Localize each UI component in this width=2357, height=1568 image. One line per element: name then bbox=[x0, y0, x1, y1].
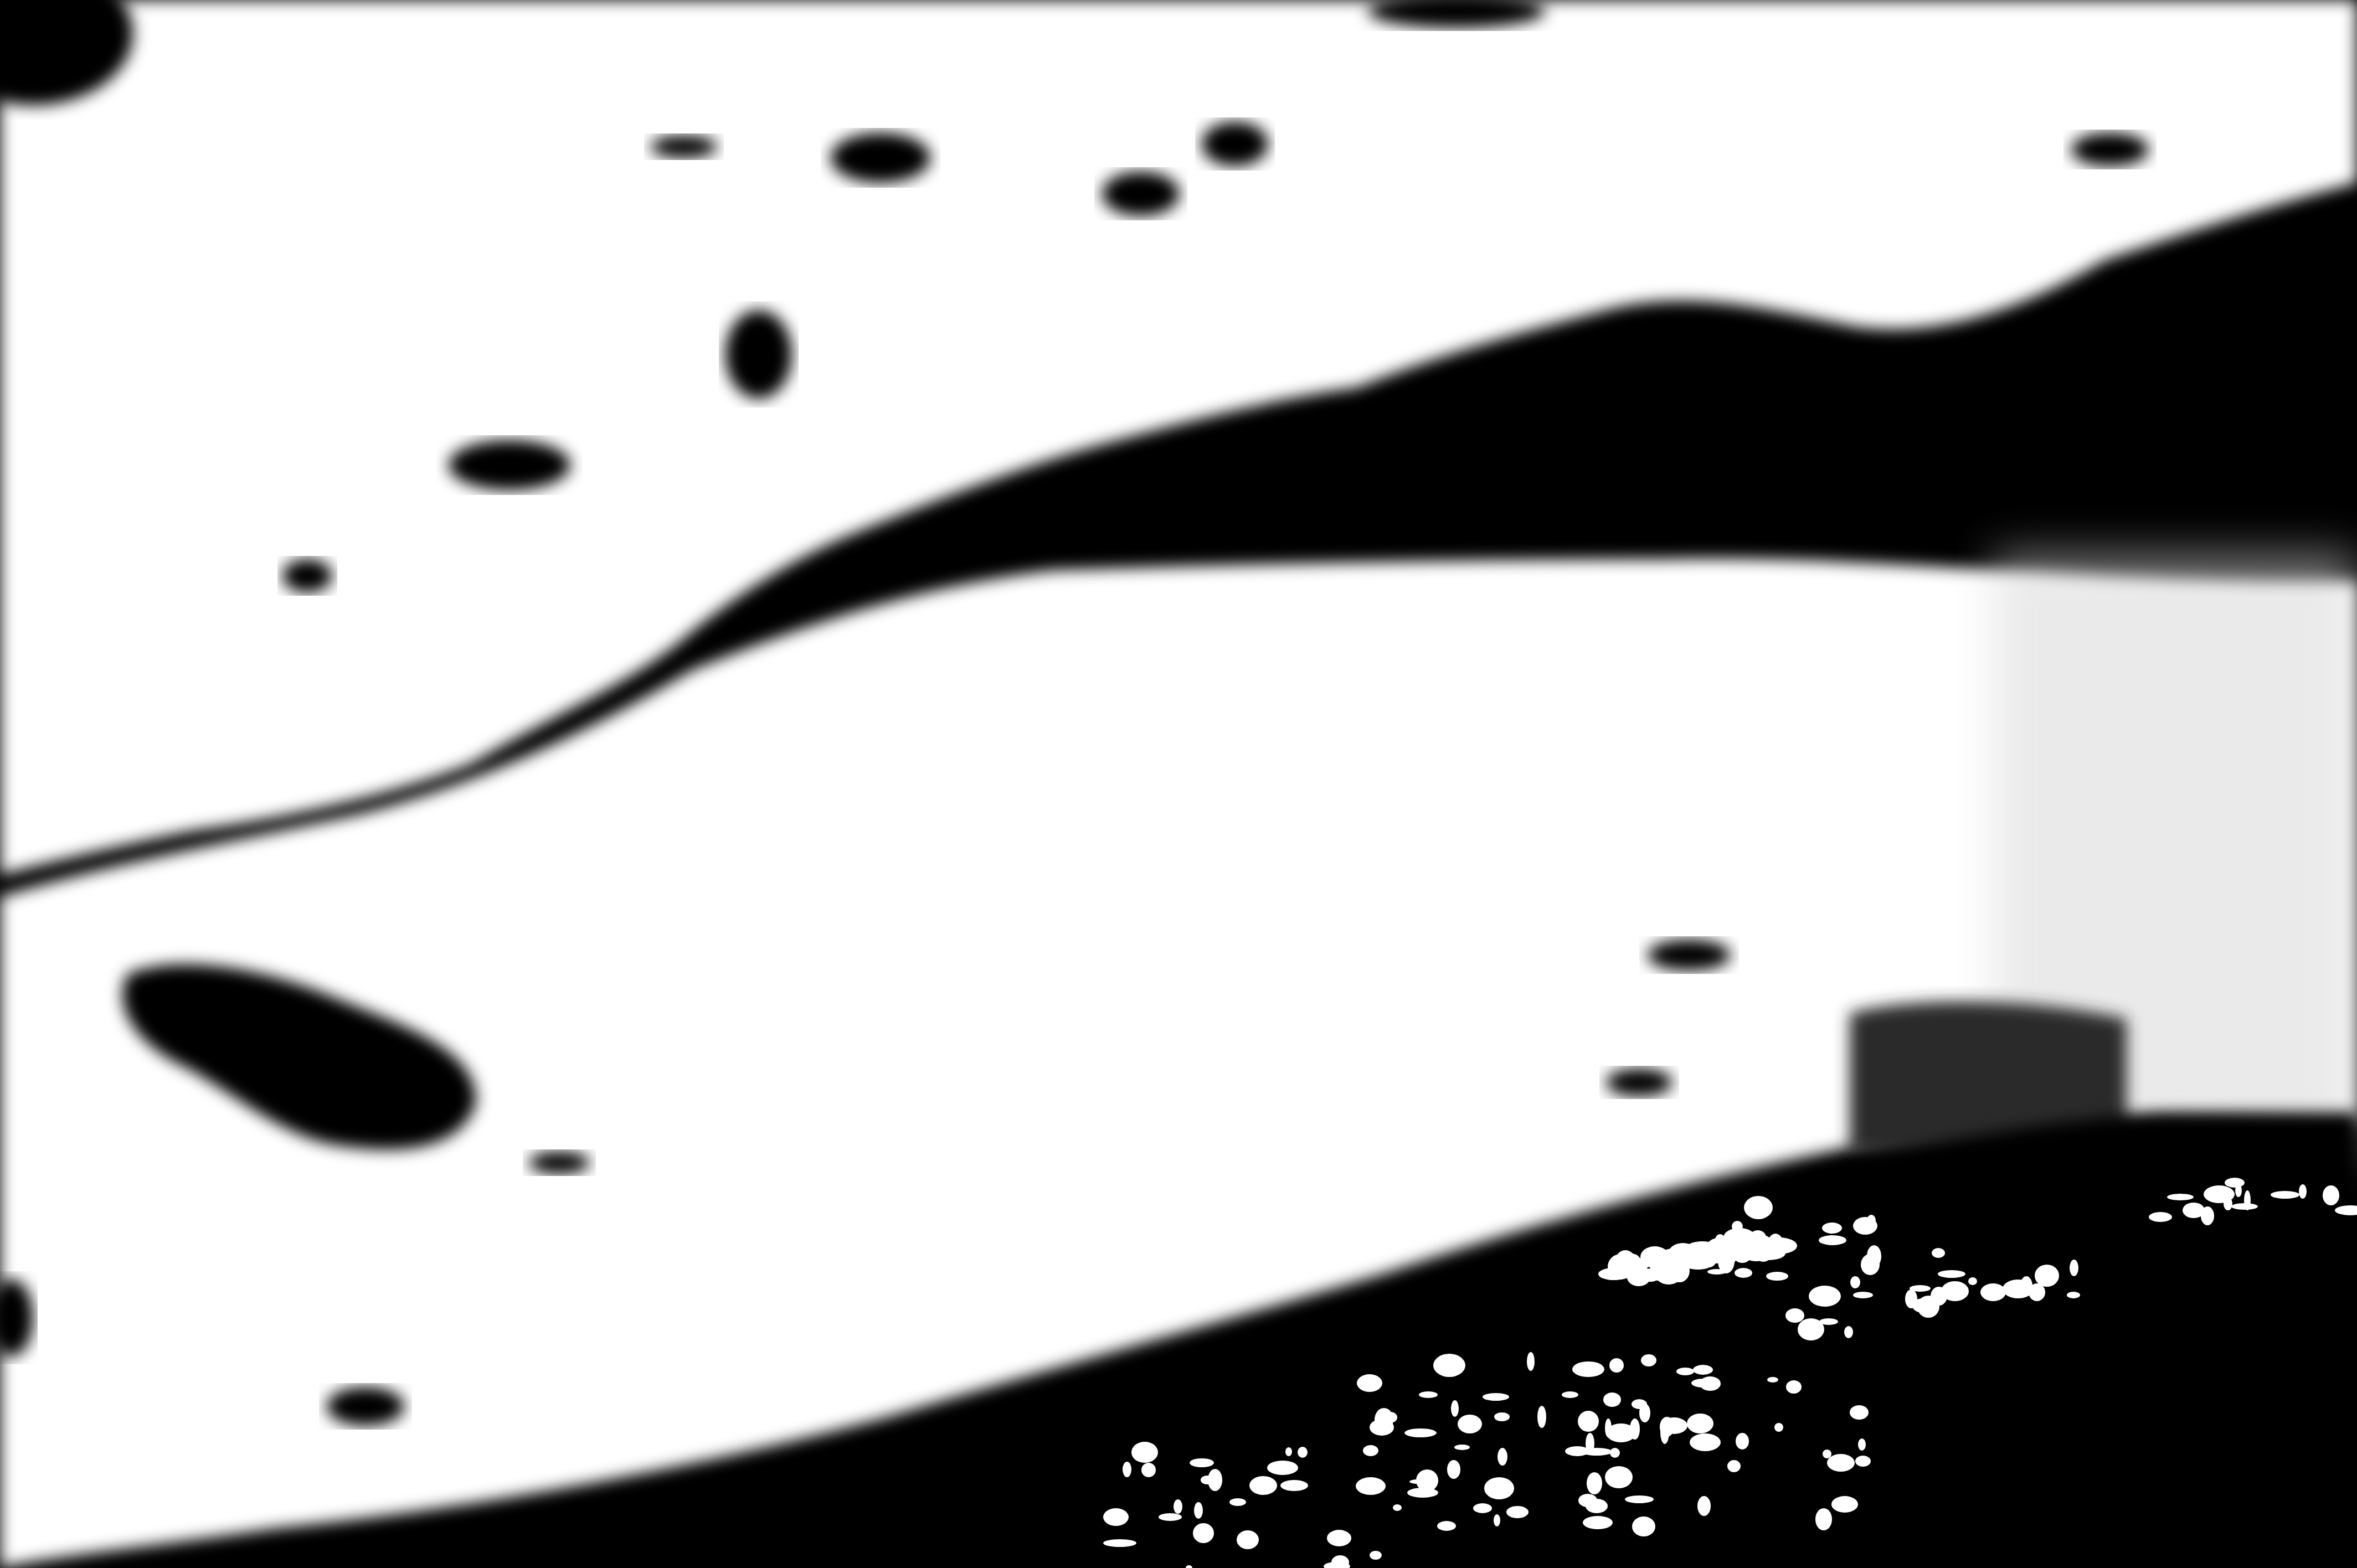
cumulus-puff bbox=[1853, 1292, 1873, 1298]
cumulus-puff bbox=[2224, 1197, 2232, 1210]
cumulus-puff bbox=[2201, 1206, 2214, 1225]
cumulus-puff bbox=[1815, 1508, 1832, 1530]
cumulus-puff bbox=[1609, 1358, 1624, 1373]
cumulus-puff bbox=[2323, 1185, 2339, 1205]
cumulus-puff bbox=[1941, 1281, 1969, 1301]
cumulus-puff bbox=[1827, 1454, 1855, 1472]
cumulus-puff bbox=[1363, 1445, 1378, 1456]
cumulus-puff bbox=[1766, 1272, 1788, 1281]
satellite-cloud-image bbox=[0, 0, 2357, 1568]
cumulus-puff bbox=[1103, 1539, 1136, 1547]
cumulus-puff bbox=[1285, 1447, 1292, 1456]
cloud-cover-scene bbox=[0, 0, 2357, 1568]
cumulus-puff bbox=[1131, 1442, 1158, 1463]
cumulus-puff bbox=[1458, 1415, 1482, 1433]
cumulus-puff bbox=[1356, 1477, 1386, 1495]
cumulus-puff bbox=[1578, 1411, 1599, 1432]
cumulus-puff bbox=[1690, 1433, 1721, 1451]
cumulus-puff bbox=[1774, 1423, 1783, 1432]
cumulus-puff bbox=[1586, 1499, 1608, 1513]
cumulus-puff bbox=[1785, 1308, 1804, 1323]
cumulus-puff bbox=[1298, 1447, 1308, 1458]
cumulus-puff bbox=[1229, 1498, 1246, 1506]
cumulus-puff bbox=[1237, 1530, 1259, 1549]
cumulus-puff bbox=[1762, 1237, 1797, 1254]
cumulus-puff bbox=[1809, 1286, 1841, 1307]
cumulus-puff bbox=[1583, 1516, 1613, 1529]
clear-hole bbox=[449, 440, 570, 490]
cumulus-puff bbox=[2271, 1191, 2299, 1199]
cumulus-puff bbox=[2067, 1292, 2080, 1298]
cumulus-puff bbox=[1855, 1456, 1871, 1467]
cumulus-puff bbox=[1416, 1469, 1438, 1492]
cumulus-puff bbox=[1676, 1368, 1694, 1375]
cumulus-puff bbox=[1103, 1508, 1129, 1526]
cumulus-puff bbox=[1932, 1248, 1945, 1258]
cumulus-puff bbox=[1980, 1283, 2006, 1301]
clear-hole bbox=[2071, 133, 2149, 166]
cumulus-puff bbox=[1437, 1521, 1456, 1531]
cumulus-puff bbox=[1968, 1277, 1977, 1285]
cumulus-puff bbox=[1393, 1504, 1402, 1511]
cumulus-puff bbox=[1625, 1495, 1654, 1503]
cumulus-puff bbox=[1736, 1433, 1749, 1450]
cumulus-puff bbox=[1823, 1450, 1831, 1458]
cumulus-puff bbox=[1484, 1477, 1514, 1499]
cumulus-puff bbox=[1562, 1391, 1578, 1398]
cumulus-puff bbox=[1632, 1517, 1655, 1536]
cumulus-puff bbox=[1280, 1480, 1308, 1491]
cumulus-puff bbox=[1194, 1502, 1203, 1519]
cumulus-puff bbox=[1744, 1196, 1773, 1219]
cumulus-puff bbox=[1537, 1406, 1546, 1428]
cumulus-puff bbox=[1938, 1270, 1965, 1278]
cumulus-puff bbox=[1819, 1235, 1846, 1245]
cumulus-puff bbox=[2167, 1194, 2194, 1200]
clear-hole bbox=[529, 1152, 590, 1174]
cumulus-puff bbox=[1735, 1268, 1752, 1278]
clear-hole bbox=[1202, 122, 1268, 166]
clear-hole bbox=[1606, 1069, 1672, 1096]
cumulus-puff bbox=[1853, 1217, 1877, 1235]
cumulus-puff bbox=[1357, 1374, 1382, 1392]
cumulus-puff bbox=[1327, 1530, 1351, 1546]
cumulus-puff bbox=[1819, 1318, 1838, 1325]
cumulus-puff bbox=[1697, 1496, 1711, 1516]
cumulus-puff bbox=[1419, 1391, 1438, 1398]
cumulus-puff bbox=[1691, 1379, 1716, 1388]
cumulus-puff bbox=[1641, 1354, 1656, 1366]
cumulus-puff bbox=[1267, 1461, 1298, 1475]
cumulus-puff bbox=[1249, 1476, 1277, 1495]
cumulus-puff bbox=[1850, 1276, 1860, 1288]
cumulus-puff bbox=[1605, 1466, 1633, 1488]
clear-hole bbox=[1648, 940, 1731, 971]
cumulus-puff bbox=[1581, 1448, 1612, 1456]
clear-hole bbox=[282, 559, 332, 592]
clear-hole bbox=[725, 310, 792, 399]
cumulus-puff bbox=[1587, 1472, 1602, 1494]
cumulus-puff bbox=[1447, 1460, 1460, 1479]
cumulus-puff bbox=[1687, 1414, 1713, 1433]
cumulus-puff bbox=[1159, 1513, 1182, 1521]
cumulus-puff bbox=[1375, 1408, 1393, 1431]
cumulus-puff bbox=[1727, 1460, 1741, 1472]
cumulus-puff bbox=[1497, 1448, 1507, 1466]
cumulus-puff bbox=[2035, 1265, 2059, 1287]
cumulus-puff bbox=[1201, 1476, 1214, 1484]
cumulus-puff bbox=[1767, 1377, 1778, 1383]
cumulus-puff bbox=[1858, 1438, 1866, 1451]
cumulus-puff bbox=[1451, 1400, 1459, 1417]
cumulus-puff bbox=[1572, 1361, 1604, 1377]
cumulus-puff bbox=[1441, 1360, 1450, 1366]
cumulus-puff bbox=[1632, 1399, 1647, 1409]
cumulus-puff bbox=[1831, 1496, 1858, 1513]
cumulus-puff bbox=[2149, 1212, 2172, 1222]
cumulus-puff bbox=[2225, 1178, 2245, 1188]
cumulus-puff bbox=[1494, 1412, 1510, 1421]
cumulus-puff bbox=[1905, 1290, 1917, 1308]
clear-hole bbox=[651, 136, 717, 158]
cumulus-puff bbox=[1190, 1458, 1214, 1467]
cumulus-puff bbox=[1123, 1462, 1131, 1477]
clear-hole bbox=[1102, 172, 1180, 216]
cumulus-puff bbox=[1786, 1380, 1802, 1394]
cumulus-puff bbox=[1506, 1506, 1529, 1518]
cumulus-puff bbox=[1433, 1354, 1465, 1377]
cumulus-puff bbox=[1861, 1254, 1880, 1275]
cumulus-puff bbox=[1404, 1428, 1437, 1437]
cumulus-puff bbox=[1483, 1393, 1509, 1401]
cumulus-puff bbox=[2231, 1203, 2258, 1210]
clear-hole bbox=[831, 133, 930, 183]
cumulus-puff bbox=[1844, 1326, 1853, 1338]
cumulus-puff bbox=[1693, 1365, 1713, 1375]
cumulus-puff bbox=[1494, 1514, 1500, 1526]
cumulus-puff bbox=[1141, 1463, 1156, 1477]
cumulus-puff bbox=[1822, 1223, 1842, 1234]
cumulus-puff bbox=[2003, 1280, 2034, 1298]
cumulus-puff bbox=[1193, 1523, 1214, 1543]
cumulus-puff bbox=[1174, 1499, 1182, 1514]
cumulus-puff bbox=[1370, 1551, 1382, 1560]
cumulus-puff bbox=[1603, 1392, 1621, 1407]
cumulus-puff bbox=[1850, 1405, 1869, 1420]
cumulus-puff bbox=[1606, 1423, 1636, 1442]
clear-hole bbox=[327, 1387, 404, 1426]
cumulus-puff bbox=[1527, 1352, 1535, 1371]
cumulus-puff bbox=[1454, 1445, 1470, 1450]
cumulus-puff bbox=[2299, 1184, 2307, 1199]
cumulus-puff bbox=[2070, 1260, 2078, 1276]
cumulus-puff bbox=[1473, 1503, 1492, 1513]
cumulus-puff bbox=[1660, 1421, 1669, 1444]
